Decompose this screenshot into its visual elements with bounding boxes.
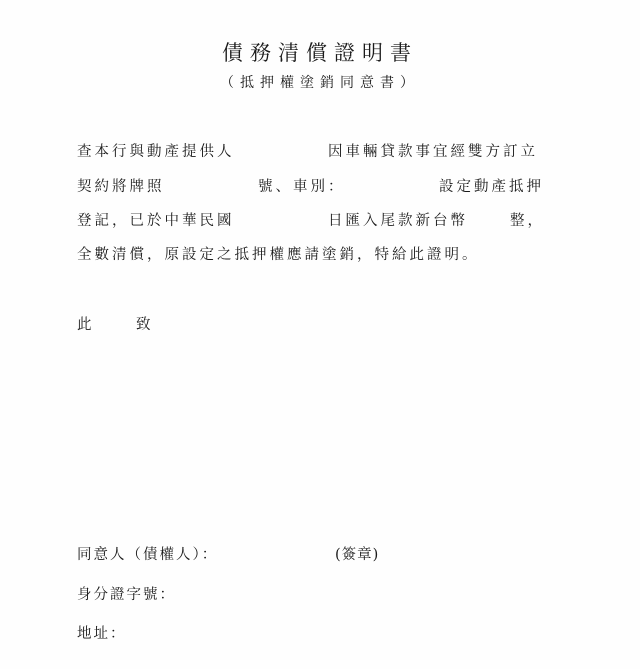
- body-text: 登記，已於中華民國: [77, 211, 235, 231]
- consenter-line: 同意人（債權人）： (簽章): [0, 545, 640, 565]
- body-line-4: 全數清償，原設定之抵押權應請塗銷，特給此證明。: [0, 245, 640, 265]
- seal-label: (簽章): [335, 545, 379, 565]
- body-line-3: 登記，已於中華民國 日匯入尾款新台幣 整，: [0, 211, 640, 231]
- amount-field[interactable]: [460, 211, 508, 231]
- body-text: 號、車別：: [258, 177, 346, 197]
- body-line-1: 查本行與動產提供人 因車輛貸款事宜經雙方訂立: [0, 142, 640, 162]
- consenter-name-field[interactable]: [225, 545, 325, 565]
- body-text: 查本行與動產提供人: [77, 142, 235, 162]
- salutation-word-1: 此: [77, 315, 95, 335]
- vehicle-type-field[interactable]: [345, 177, 435, 197]
- body-text: 契約將牌照: [77, 177, 165, 197]
- body-text: 因車輛貸款事宜經雙方訂立: [328, 142, 538, 162]
- document-subtitle: （抵押權塗銷同意書）: [0, 74, 640, 92]
- document-page: 債務清償證明書 （抵押權塗銷同意書） 查本行與動產提供人 因車輛貸款事宜經雙方訂…: [0, 0, 640, 669]
- id-number-field[interactable]: [180, 585, 380, 605]
- body-text: 全數清償，原設定之抵押權應請塗銷，特給此證明。: [77, 245, 480, 265]
- address-label: 地址：: [77, 624, 127, 644]
- body-text: 設定動產抵押: [439, 177, 544, 197]
- document-title: 債務清償證明書: [0, 40, 640, 66]
- body-line-2: 契約將牌照 號、車別： 設定動產抵押: [0, 177, 640, 197]
- address-line: 地址：: [0, 624, 640, 644]
- plate-number-field[interactable]: [170, 177, 255, 197]
- body-text: 整，: [510, 211, 545, 231]
- body-text: 日匯入尾款新台幣: [328, 211, 468, 231]
- consenter-label: 同意人（債權人）：: [77, 545, 218, 565]
- salutation-word-2: 致: [136, 315, 154, 335]
- provider-name-field[interactable]: [240, 142, 325, 162]
- salutation: 此 致: [0, 315, 640, 335]
- date-field[interactable]: [240, 211, 320, 231]
- id-number-line: 身分證字號：: [0, 585, 640, 605]
- id-number-label: 身分證字號：: [77, 585, 176, 605]
- address-field[interactable]: [130, 624, 480, 644]
